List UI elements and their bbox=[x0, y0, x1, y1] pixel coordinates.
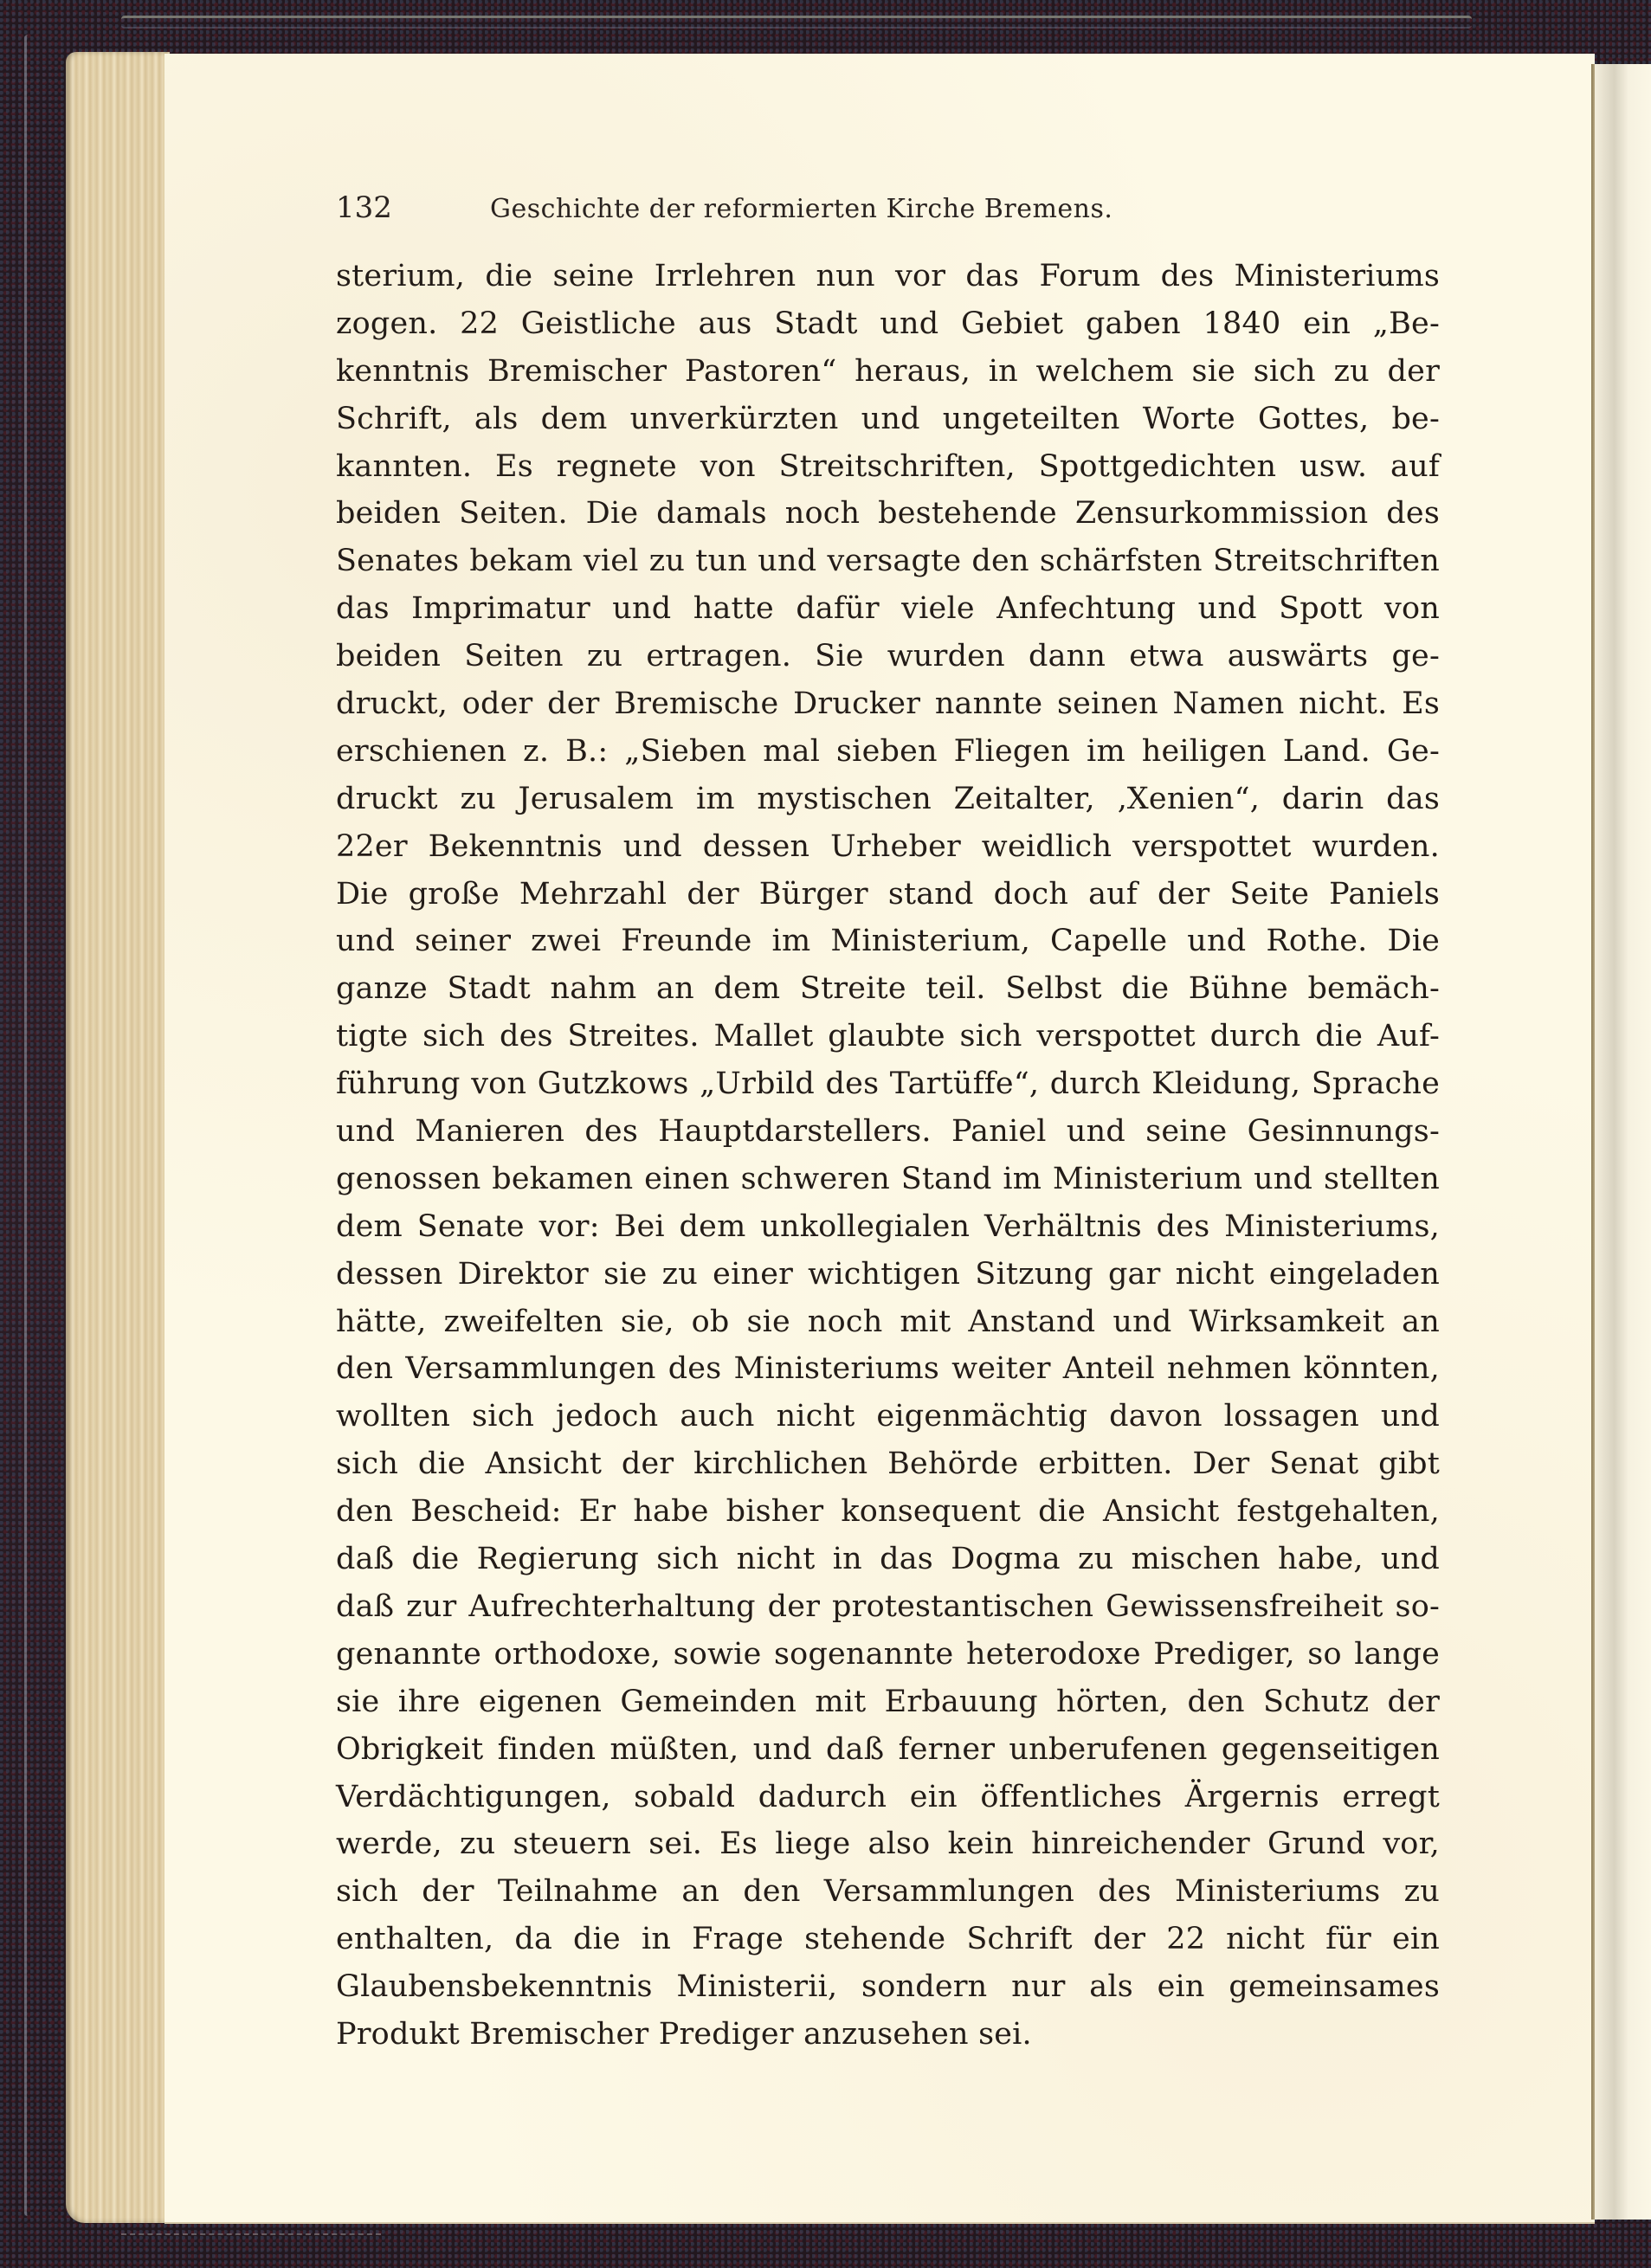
running-header: 132 Geschichte der reformierten Kirche B… bbox=[336, 190, 1219, 229]
book-cover-trim-bottom bbox=[121, 2233, 381, 2239]
text-line: sich die Ansicht der kirchlichen Behörde… bbox=[336, 1440, 1440, 1488]
text-line: Schrift, als dem unverkürzten und ungete… bbox=[336, 396, 1440, 443]
text-line: beiden Seiten zu ertragen. Sie wurden da… bbox=[336, 633, 1440, 680]
text-line: den Versammlungen des Ministeriums weite… bbox=[336, 1345, 1440, 1393]
page-number: 132 bbox=[336, 190, 414, 225]
text-line: Verdächtigungen, sobald dadurch ein öffe… bbox=[336, 1774, 1440, 1821]
text-line: Die große Mehrzahl der Bürger stand doch… bbox=[336, 871, 1440, 918]
text-line: erschienen z. B.: „Sieben mal sieben Fli… bbox=[336, 728, 1440, 776]
text-line: genossen bekamen einen schweren Stand im… bbox=[336, 1156, 1440, 1203]
gutter-fold bbox=[1591, 64, 1595, 2220]
text-line: Senates bekam viel zu tun und versagte d… bbox=[336, 538, 1440, 585]
book-cover-trim-top bbox=[121, 16, 1472, 29]
text-line: den Bescheid: Er habe bisher konsequent … bbox=[336, 1488, 1440, 1536]
text-line: das Imprimatur und hatte dafür viele Anf… bbox=[336, 585, 1440, 633]
text-line: druckt, oder der Bremische Drucker nannt… bbox=[336, 680, 1440, 728]
text-line: 22er Bekenntnis und dessen Urheber weidl… bbox=[336, 823, 1440, 871]
text-line: dem Senate vor: Bei dem unkollegialen Ve… bbox=[336, 1203, 1440, 1251]
text-line: kenntnis Bremischer Pastoren“ heraus, in… bbox=[336, 348, 1440, 396]
text-line: Obrigkeit finden müßten, und daß ferner … bbox=[336, 1726, 1440, 1774]
text-line: hätte, zweifelten sie, ob sie noch mit A… bbox=[336, 1298, 1440, 1346]
running-title: Geschichte der reformierten Kirche Breme… bbox=[490, 194, 1112, 224]
text-line: enthalten, da die in Frage stehende Schr… bbox=[336, 1916, 1440, 1963]
book-cover-trim-left bbox=[24, 35, 35, 2216]
text-line: zogen. 22 Geistliche aus Stadt und Gebie… bbox=[336, 300, 1440, 348]
text-line: sie ihre eigenen Gemeinden mit Erbauung … bbox=[336, 1678, 1440, 1726]
text-line: dessen Direktor sie zu einer wichtigen S… bbox=[336, 1251, 1440, 1298]
text-line: und seiner zwei Freunde im Ministerium, … bbox=[336, 918, 1440, 965]
text-line: ganze Stadt nahm an dem Streite teil. Se… bbox=[336, 965, 1440, 1013]
text-line-last: Produkt Bremischer Prediger anzusehen se… bbox=[336, 2011, 1440, 2059]
text-line: genannte orthodoxe, sowie sogenannte het… bbox=[336, 1631, 1440, 1678]
text-line: daß die Regierung sich nicht in das Dogm… bbox=[336, 1536, 1440, 1583]
text-line: und Manieren des Hauptdarstellers. Panie… bbox=[336, 1108, 1440, 1156]
page-stack-edges bbox=[66, 52, 170, 2223]
text-line: sterium, die seine Irrlehren nun vor das… bbox=[336, 253, 1440, 300]
text-line: beiden Seiten. Die damals noch bestehend… bbox=[336, 490, 1440, 538]
text-line: sich der Teilnahme an den Versammlungen … bbox=[336, 1868, 1440, 1916]
text-line: druckt zu Jerusalem im mystischen Zeital… bbox=[336, 776, 1440, 823]
text-line: führung von Gutzkows „Urbild des Tartüff… bbox=[336, 1060, 1440, 1108]
body-text: sterium, die seine Irrlehren nun vor das… bbox=[336, 253, 1440, 2059]
text-line: tigte sich des Streites. Mallet glaubte … bbox=[336, 1013, 1440, 1060]
text-line: Glaubensbekenntnis Ministerii, sondern n… bbox=[336, 1963, 1440, 2011]
text-line: kannten. Es regnete von Streitschriften,… bbox=[336, 443, 1440, 491]
text-line: wollten sich jedoch auch nicht eigenmäch… bbox=[336, 1393, 1440, 1440]
facing-page-edge bbox=[1595, 64, 1651, 2220]
text-line: daß zur Aufrechterhaltung der protestant… bbox=[336, 1583, 1440, 1631]
text-line: werde, zu steuern sei. Es liege also kei… bbox=[336, 1820, 1440, 1868]
